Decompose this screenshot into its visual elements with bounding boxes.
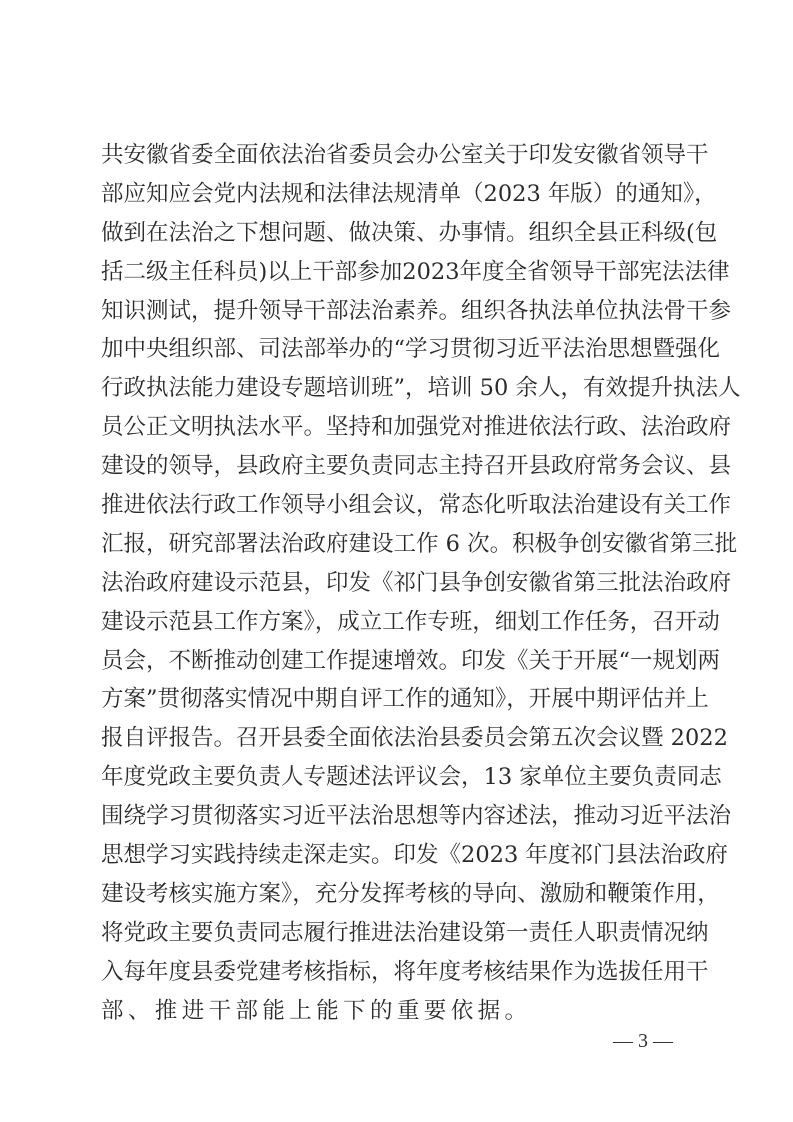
text-line: 将党政主要负责同志履行推进法治建设第一责任人职责情况纳 — [101, 914, 691, 953]
text-line: 思想学习实践持续走深走实。印发《2023 年度祁门县法治政府 — [101, 836, 691, 875]
text-line: 行政执法能力建设专题培训班”，培训 50 余人，有效提升执法人 — [101, 369, 691, 408]
text-line: 员公正文明执法水平。坚持和加强党对推进依法行政、法治政府 — [101, 408, 691, 447]
text-line: 共安徽省委全面依法治省委员会办公室关于印发安徽省领导干 — [101, 136, 691, 175]
body-paragraph: 共安徽省委全面依法治省委员会办公室关于印发安徽省领导干 部应知应会党内法规和法律… — [101, 136, 691, 1030]
text-line: 汇报，研究部署法治政府建设工作 6 次。积极争创安徽省第三批 — [101, 525, 691, 564]
text-line: 年度党政主要负责人专题述法评议会，13 家单位主要负责同志 — [101, 758, 691, 797]
page-number: — 3 — — [603, 1030, 683, 1053]
text-line: 建设示范县工作方案》，成立工作专班，细划工作任务，召开动 — [101, 603, 691, 642]
text-line: 报自评报告。召开县委全面依法治县委员会第五次会议暨 2022 — [101, 719, 691, 758]
text-line: 建设的领导，县政府主要负责同志主持召开县政府常务会议、县 — [101, 447, 691, 486]
text-line: 推进依法行政工作领导小组会议，常态化听取法治建设有关工作 — [101, 486, 691, 525]
text-line: 围绕学习贯彻落实习近平法治思想等内容述法，推动习近平法治 — [101, 797, 691, 836]
text-line: 法治政府建设示范县，印发《祁门县争创安徽省第三批法治政府 — [101, 564, 691, 603]
text-line: 员会，不断推动创建工作提速增效。印发《关于开展“一规划两 — [101, 642, 691, 681]
text-line: 入每年度县委党建考核指标，将年度考核结果作为选拔任用干 — [101, 953, 691, 992]
text-line: 做到在法治之下想问题、做决策、办事情。组织全县正科级(包 — [101, 214, 691, 253]
text-line: 部应知应会党内法规和法律法规清单（2023 年版）的通知》， — [101, 175, 691, 214]
document-page: 共安徽省委全面依法治省委员会办公室关于印发安徽省领导干 部应知应会党内法规和法律… — [0, 0, 793, 1122]
text-line: 建设考核实施方案》，充分发挥考核的导向、激励和鞭策作用， — [101, 875, 691, 914]
text-line: 部、推进干部能上能下的重要依据。 — [101, 992, 691, 1031]
text-line: 方案”贯彻落实情况中期自评工作的通知》，开展中期评估并上 — [101, 680, 691, 719]
text-line: 括二级主任科员)以上干部参加2023年度全省领导干部宪法法律 — [101, 253, 691, 292]
text-line: 加中央组织部、司法部举办的“学习贯彻习近平法治思想暨强化 — [101, 330, 691, 369]
text-line: 知识测试，提升领导干部法治素养。组织各执法单位执法骨干参 — [101, 292, 691, 331]
